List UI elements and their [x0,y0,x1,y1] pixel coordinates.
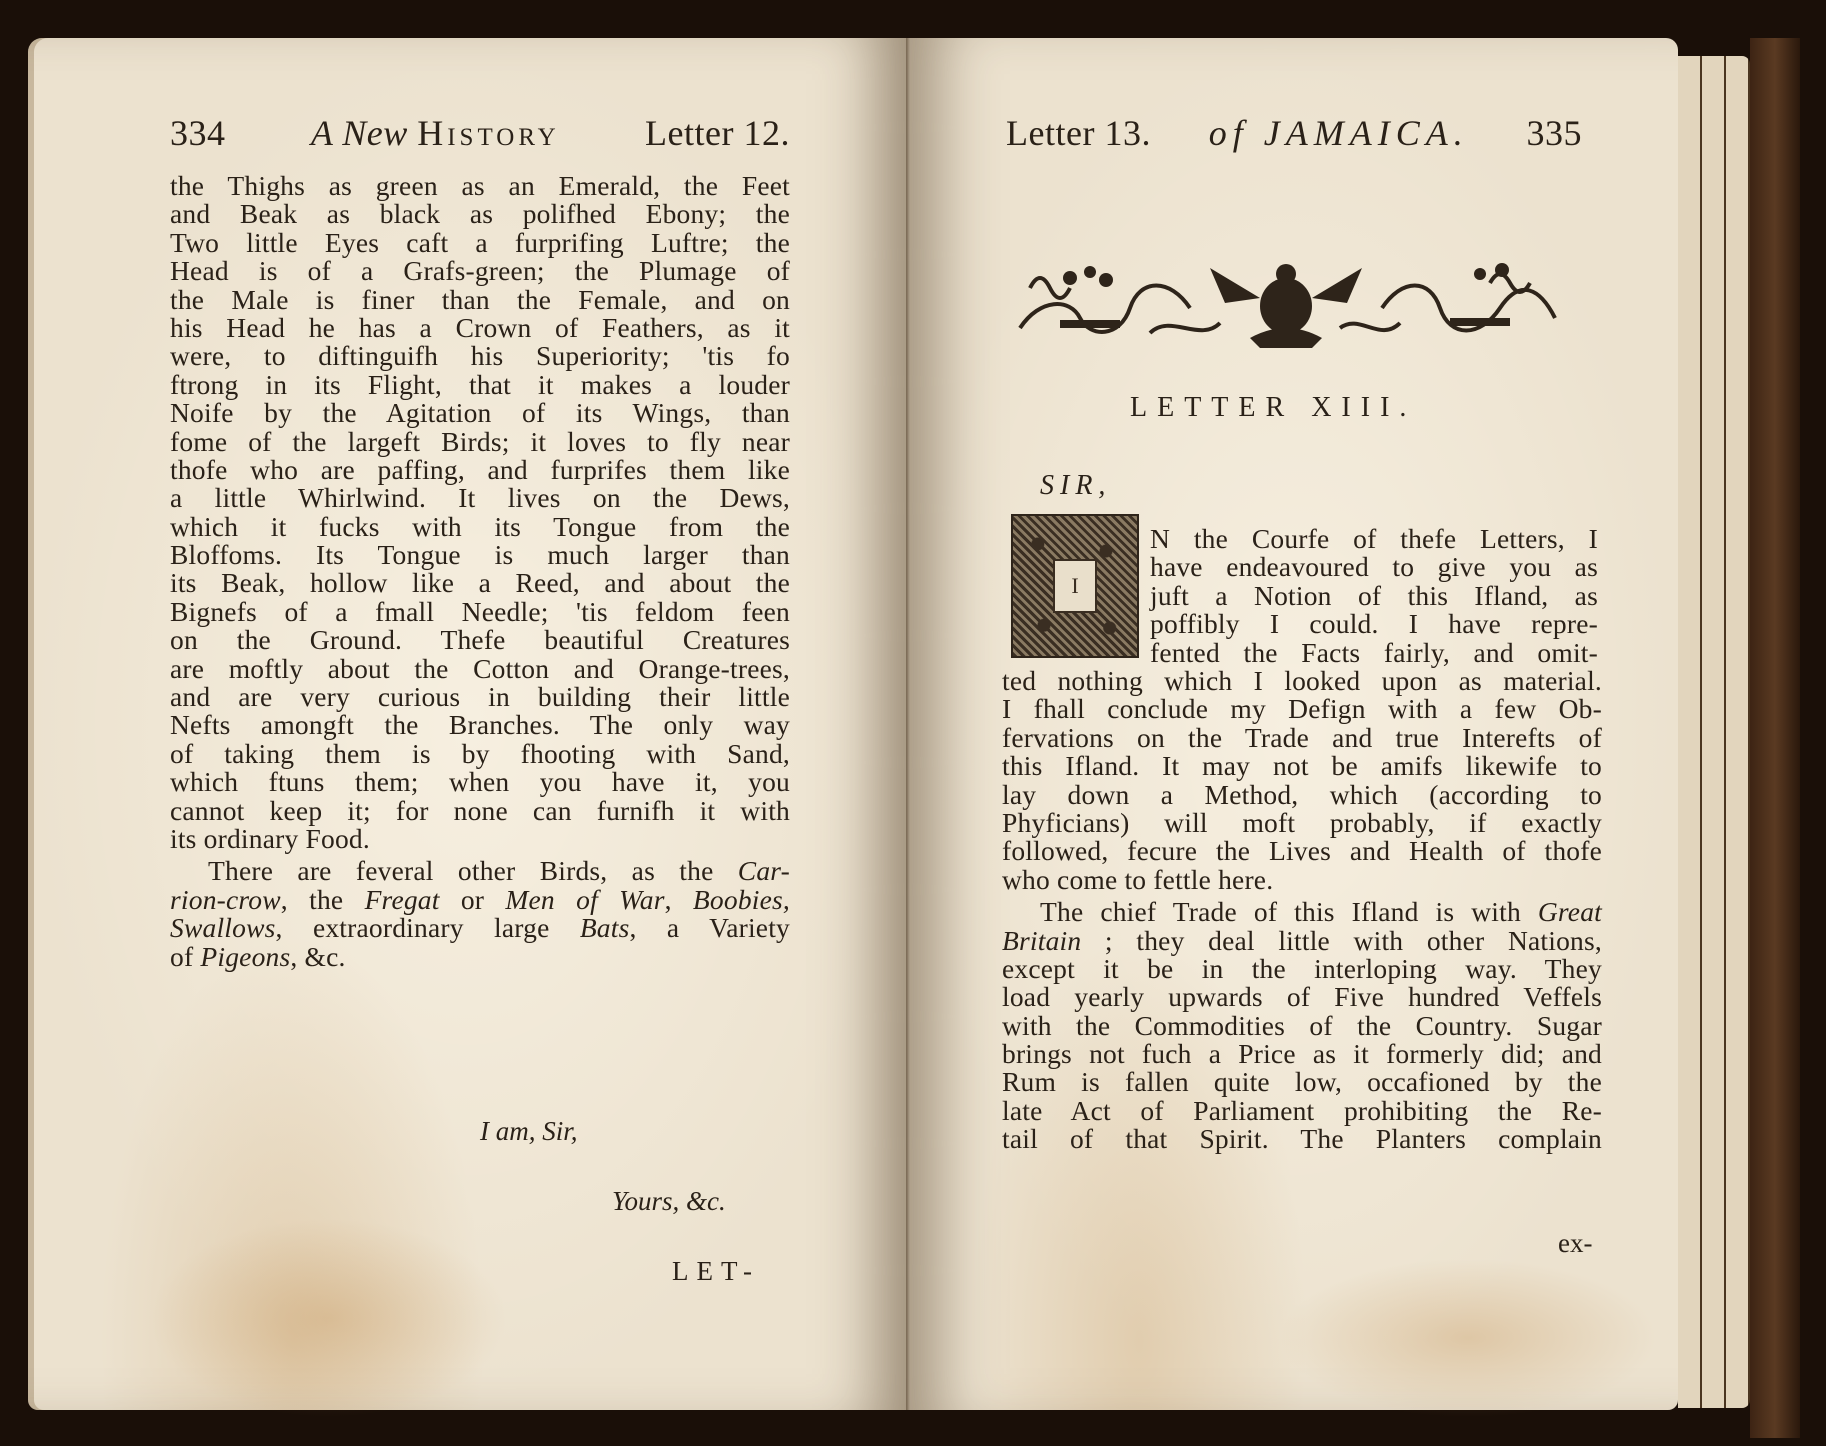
text-line: the Thighs as green as an Emerald, the F… [170,172,790,200]
text-line: thofe who are paffing, and furprifes the… [170,456,790,484]
book-cover-edge [1750,38,1800,1438]
text-line: ted nothing which I looked upon as mater… [1002,667,1602,695]
text-line: Britain ; they deal little with other Na… [1002,927,1602,955]
italic-span: Car- [738,855,790,886]
running-section: Letter 13. [1006,112,1151,154]
text-line: late Act of Parliament prohibiting the R… [1002,1097,1602,1125]
running-section: Letter 12. [645,112,790,154]
left-page-text: 334 A New History Letter 12. the Thighs … [170,112,790,971]
text-line: tail of that Spirit. The Planters compla… [1002,1125,1602,1153]
salutation: SIR, [1040,470,1111,502]
running-title-caps: History [417,113,559,153]
italic-span: rion-crow [170,884,281,915]
text-span: of [170,941,200,972]
running-title-italic: of JAMAICA. [1209,112,1469,154]
water-stain [148,1218,508,1418]
page-number: 335 [1527,112,1583,154]
text-line: Phyficians) will moft probably, if exact… [1002,809,1602,837]
text-line: were, to diftinguifh his Superiority; 't… [170,342,790,370]
text-line: are moftly about the Cotton and Orange-t… [170,655,790,683]
text-line: this Ifland. It may not be amifs likewif… [1002,752,1602,780]
ornamental-headpiece-icon [1010,258,1562,350]
text-line: cannot keep it; for none can furnifh it … [170,797,790,825]
italic-span: Bats [580,912,630,943]
page-edges [1678,56,1750,1408]
text-line: ftrong in its Flight, that it makes a lo… [170,371,790,399]
text-line: with the Commodities of the Country. Sug… [1002,1012,1602,1040]
text-line: Nefts amongft the Branches. The only way [170,711,790,739]
italic-span: Fregat [365,884,440,915]
text-line: of Pigeons, &c. [170,943,790,971]
text-line: juft a Notion of this Ifland, as [1150,582,1598,610]
text-line: fented the Facts fairly, and omit- [1150,639,1598,667]
water-stain [1278,1258,1658,1418]
text-span: or [440,884,506,915]
text-line: brings not fuch a Price as it formerly d… [1002,1040,1602,1068]
text-line: which ftuns them; when you have it, you [170,768,790,796]
text-line: followed, fecure the Lives and Health of… [1002,837,1602,865]
page-number: 334 [170,112,226,154]
italic-span: Boobies, [693,884,790,915]
running-head-left: 334 A New History Letter 12. [170,112,790,172]
text-span: , extraordinary large [276,912,580,943]
text-span: , [665,884,693,915]
text-line: rion-crow, the Fregat or Men of War, Boo… [170,886,790,914]
text-line: its Beak, hollow like a Reed, and about … [170,569,790,597]
text-line: on the Ground. Thefe beautiful Creatures [170,626,790,654]
text-line: Bignefs of a fmall Needle; 'tis feldom f… [170,598,790,626]
italic-span: Great [1538,896,1602,927]
text-line: fervations on the Trade and true Interef… [1002,724,1602,752]
text-line: N the Courfe of thefe Letters, I [1150,525,1598,553]
text-span: The chief Trade of this Ifland is with [1040,896,1538,927]
text-span: , &c. [290,941,345,972]
body-text: the Thighs as green as an Emerald, the F… [170,172,790,971]
text-line: who come to fettle here. [1002,866,1602,894]
text-line: Rum is fallen quite low, occafioned by t… [1002,1068,1602,1096]
gutter [906,38,910,1410]
text-line: its ordinary Food. [170,825,790,853]
text-line: the Male is finer than the Female, and o… [170,286,790,314]
signoff-yours: Yours, &c. [612,1186,726,1217]
text-line: lay down a Method, which (according to [1002,781,1602,809]
text-line: load yearly upwards of Five hundred Veff… [1002,983,1602,1011]
text-line: Swallows, extraordinary large Bats, a Va… [170,914,790,942]
italic-span: Britain [1002,925,1081,956]
text-line: poffibly I could. I have repre- [1150,610,1598,638]
decorated-initial-icon: I [1011,514,1139,658]
italic-span: Men of War [505,884,664,915]
text-line: Noife by the Agitation of its Wings, tha… [170,399,790,427]
text-line: and are very curious in building their l… [170,683,790,711]
catchword: LET- [672,1256,760,1287]
text-line: a little Whirlwind. It lives on the Dews… [170,484,790,512]
text-line: except it be in the interloping way. The… [1002,955,1602,983]
right-page-text: Letter 13. of JAMAICA. 335 [1006,112,1582,172]
italic-span: Swallows [170,912,276,943]
text-line: have endeavoured to give you as [1150,553,1598,581]
text-line: and Beak as black as polifhed Ebony; the [170,200,790,228]
text-line: I fhall conclude my Defign with a few Ob… [1002,695,1602,723]
running-title-italic: A New [311,113,408,153]
initial-letter: I [1053,559,1097,613]
catchword: ex- [1558,1228,1592,1259]
text-line: There are feveral other Birds, as the Ca… [170,857,790,885]
signoff-closing: I am, Sir, [480,1116,578,1147]
text-line: his Head he has a Crown of Feathers, as … [170,314,790,342]
text-line: Bloffoms. Its Tongue is much larger than [170,541,790,569]
letter-heading: LETTER XIII. [1130,392,1416,424]
wrapped-text: N the Courfe of thefe Letters, I have en… [1150,525,1598,667]
text-span: , the [281,884,365,915]
text-line: Head is of a Grafs-green; the Plumage of [170,257,790,285]
right-body-text: ted nothing which I looked upon as mater… [1002,667,1602,1154]
italic-span: Pigeons [200,941,290,972]
running-head-right: Letter 13. of JAMAICA. 335 [1006,112,1582,172]
text-line: fome of the largeft Birds; it loves to f… [170,428,790,456]
text-span: There are feveral other Birds, as the [208,855,738,886]
text-line: The chief Trade of this Ifland is with G… [1002,898,1602,926]
text-line: of taking them is by fhooting with Sand, [170,740,790,768]
text-span: , a Variety [630,912,790,943]
text-line: which it fucks with its Tongue from the [170,513,790,541]
text-span: ; they deal little with other Nations, [1081,925,1602,956]
text-line: Two little Eyes caft a furprifing Luftre… [170,229,790,257]
